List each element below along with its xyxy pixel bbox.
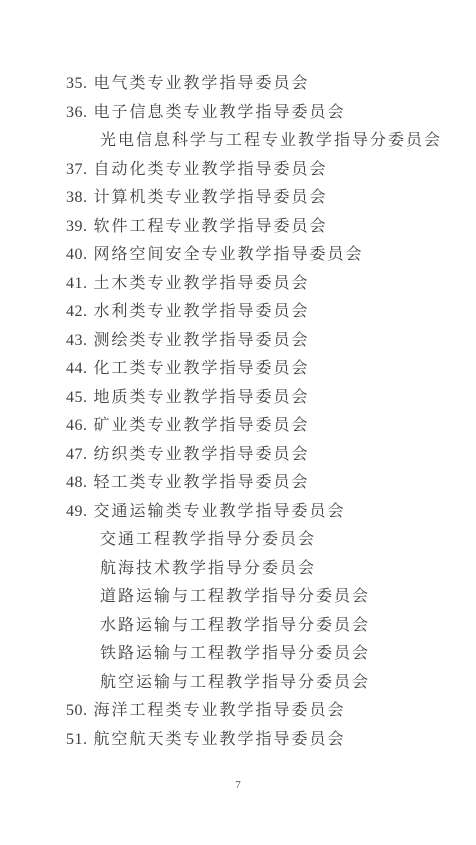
- list-item: 40.网络空间安全专业教学指导委员会: [66, 241, 458, 270]
- list-item: 41.土木类专业教学指导委员会: [66, 270, 458, 299]
- item-label: 铁路运输与工程教学指导分委员会: [100, 645, 370, 662]
- item-label: 航空航天类专业教学指导委员会: [94, 731, 346, 748]
- list-item: 35.电气类专业教学指导委员会: [66, 70, 458, 99]
- item-label: 航空运输与工程教学指导分委员会: [100, 674, 370, 691]
- item-label: 道路运输与工程教学指导分委员会: [100, 588, 370, 605]
- item-number: 47.: [66, 446, 88, 463]
- item-number: 36.: [66, 104, 88, 121]
- item-number: 50.: [66, 702, 88, 719]
- list-item: 39.软件工程专业教学指导委员会: [66, 213, 458, 242]
- item-label: 网络空间安全专业教学指导委员会: [94, 246, 364, 263]
- item-label: 航海技术教学指导分委员会: [100, 560, 316, 577]
- list-item: 43.测绘类专业教学指导委员会: [66, 327, 458, 356]
- item-number: 41.: [66, 275, 88, 292]
- item-label: 矿业类专业教学指导委员会: [94, 417, 310, 434]
- item-label: 交通工程教学指导分委员会: [100, 531, 316, 548]
- item-label: 海洋工程类专业教学指导委员会: [94, 702, 346, 719]
- item-number: 44.: [66, 360, 88, 377]
- list-subitem: 道路运输与工程教学指导分委员会: [66, 583, 458, 612]
- list-subitem: 航空运输与工程教学指导分委员会: [66, 669, 458, 698]
- item-number: 49.: [66, 503, 88, 520]
- list-item: 46.矿业类专业教学指导委员会: [66, 412, 458, 441]
- item-label: 化工类专业教学指导委员会: [94, 360, 310, 377]
- document-page: 35.电气类专业教学指导委员会 36.电子信息类专业教学指导委员会 光电信息科学…: [0, 0, 476, 845]
- item-label: 自动化类专业教学指导委员会: [94, 161, 328, 178]
- item-label: 电子信息类专业教学指导委员会: [94, 104, 346, 121]
- item-label: 轻工类专业教学指导委员会: [94, 474, 310, 491]
- list-item: 44.化工类专业教学指导委员会: [66, 355, 458, 384]
- item-number: 46.: [66, 417, 88, 434]
- item-number: 37.: [66, 161, 88, 178]
- list-item: 36.电子信息类专业教学指导委员会: [66, 99, 458, 128]
- item-number: 51.: [66, 731, 88, 748]
- item-number: 40.: [66, 246, 88, 263]
- list-item: 49.交通运输类专业教学指导委员会: [66, 498, 458, 527]
- item-number: 48.: [66, 474, 88, 491]
- item-number: 35.: [66, 75, 88, 92]
- page-number: 7: [0, 779, 476, 791]
- item-label: 水利类专业教学指导委员会: [94, 303, 310, 320]
- item-label: 光电信息科学与工程专业教学指导分委员会: [100, 132, 442, 149]
- list-item: 47.纺织类专业教学指导委员会: [66, 441, 458, 470]
- list-subitem: 交通工程教学指导分委员会: [66, 526, 458, 555]
- item-label: 测绘类专业教学指导委员会: [94, 332, 310, 349]
- list-subitem: 铁路运输与工程教学指导分委员会: [66, 640, 458, 669]
- list-item: 50.海洋工程类专业教学指导委员会: [66, 697, 458, 726]
- list-item: 37.自动化类专业教学指导委员会: [66, 156, 458, 185]
- item-number: 38.: [66, 189, 88, 206]
- item-label: 电气类专业教学指导委员会: [94, 75, 310, 92]
- item-label: 纺织类专业教学指导委员会: [94, 446, 310, 463]
- item-label: 交通运输类专业教学指导委员会: [94, 503, 346, 520]
- list-subitem: 航海技术教学指导分委员会: [66, 555, 458, 584]
- list-item: 42.水利类专业教学指导委员会: [66, 298, 458, 327]
- item-label: 土木类专业教学指导委员会: [94, 275, 310, 292]
- list-item: 38.计算机类专业教学指导委员会: [66, 184, 458, 213]
- item-label: 计算机类专业教学指导委员会: [94, 189, 328, 206]
- item-number: 42.: [66, 303, 88, 320]
- item-number: 39.: [66, 218, 88, 235]
- committee-list: 35.电气类专业教学指导委员会 36.电子信息类专业教学指导委员会 光电信息科学…: [66, 70, 458, 754]
- list-item: 45.地质类专业教学指导委员会: [66, 384, 458, 413]
- item-number: 43.: [66, 332, 88, 349]
- item-number: 45.: [66, 389, 88, 406]
- list-item: 48.轻工类专业教学指导委员会: [66, 469, 458, 498]
- list-item: 51.航空航天类专业教学指导委员会: [66, 726, 458, 755]
- item-label: 地质类专业教学指导委员会: [94, 389, 310, 406]
- list-subitem: 水路运输与工程教学指导分委员会: [66, 612, 458, 641]
- item-label: 软件工程专业教学指导委员会: [94, 218, 328, 235]
- list-subitem: 光电信息科学与工程专业教学指导分委员会: [66, 127, 458, 156]
- item-label: 水路运输与工程教学指导分委员会: [100, 617, 370, 634]
